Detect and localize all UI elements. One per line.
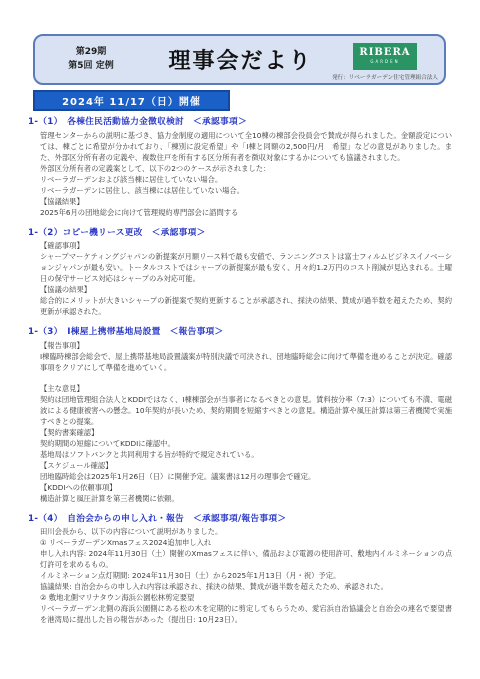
page-title: 理事会だより: [147, 44, 334, 75]
paragraph: 【確認事項】: [40, 240, 452, 251]
ribera-logo: RIBERA GARDEN: [353, 43, 417, 70]
paragraph: ① リベーラガーデンXmasフェス2024追加申し入れ: [40, 537, 452, 548]
paragraph: 田川会長から、以下の内容について説明がありました。: [40, 526, 452, 537]
section-heading: 1-（2）コピー機リース更改 ＜承認事項＞: [28, 226, 452, 238]
agenda-section: 1-（4） 自治会からの申し入れ・報告 ＜承認事項/報告事項＞田川会長から、以下…: [28, 512, 452, 626]
paragraph: リベーラガーデンおよび該当棟に居住していない場合。: [40, 174, 452, 185]
blank-line: [28, 373, 452, 383]
paragraph: 外部区分所有者の定義案として、以下の2つのケースが示されました：: [40, 163, 452, 174]
paragraph: 基地局はソフトバンクと共同利用する旨が特約で規定されている。: [40, 449, 452, 460]
paragraph: ② 敷地北側マリナタウン海浜公園松林剪定要望: [40, 592, 452, 603]
content: 1-（1） 各棟住民活動協力金徴収検討 ＜承認事項＞管理センターからの説明に基づ…: [28, 115, 452, 633]
publisher-line: 発行：リベーラガーデン住宅管理組合法人: [332, 73, 438, 81]
section-heading: 1-（1） 各棟住民活動協力金徴収検討 ＜承認事項＞: [28, 115, 452, 127]
paragraph: 団地臨時総会は2025年1月26日（日）に開催予定。議案書は12月の理事会で確定…: [40, 471, 452, 482]
paragraph: 総合的にメリットが大きいシャープの新提案で契約更新することが承認され、採決の結果…: [40, 295, 452, 317]
paragraph: シャープマーケティングジャパンの新提案が月額リース料で最も安値で、ランニングコス…: [40, 251, 452, 284]
paragraph: 2025年6月の団地総会に向けて管理規約専門部会に諮問する: [40, 207, 452, 218]
term-line1: 第29期: [35, 46, 147, 60]
term-block: 第29期 第5回 定例: [35, 46, 147, 73]
newsletter-header: 第29期 第5回 定例 理事会だより RIBERA GARDEN 発行：リベーラ…: [33, 34, 446, 85]
paragraph: 協議結果: 自治会からの申し入れ内容は承認され、採決の結果、賛成が過半数を超えた…: [40, 581, 452, 592]
paragraph: 【報告事項】: [40, 340, 452, 351]
logo-sub-text: GARDEN: [370, 60, 399, 64]
newsletter-page: 第29期 第5回 定例 理事会だより RIBERA GARDEN 発行：リベーラ…: [0, 0, 480, 679]
paragraph: 契約は団地管理組合法人とKDDIではなく、I棟棟部会が当事者になるべきとの意見。…: [40, 394, 452, 427]
paragraph: 申し入れ内容: 2024年11月30日（土）開催のXmasフェスに伴い、備品およ…: [40, 548, 452, 570]
agenda-section: 1-（1） 各棟住民活動協力金徴収検討 ＜承認事項＞管理センターからの説明に基づ…: [28, 115, 452, 218]
paragraph: 【協議の結果】: [40, 284, 452, 295]
paragraph: 契約期間の短縮についてKDDIに確認中。: [40, 438, 452, 449]
paragraph: リベーラガーデンに居住し、該当棟には居住していない場合。: [40, 185, 452, 196]
paragraph: 【契約書案確認】: [40, 427, 452, 438]
paragraph: 構造計算と風圧計算を第三者機関に依頼。: [40, 493, 452, 504]
term-line2: 第5回 定例: [35, 60, 147, 74]
paragraph: イルミネーション点灯期間: 2024年11月30日（土）から2025年1月13日…: [40, 570, 452, 581]
logo-brand-text: RIBERA: [359, 48, 410, 58]
paragraph: 【協議結果】: [40, 196, 452, 207]
paragraph: 【主な意見】: [40, 383, 452, 394]
paragraph: リベーラガーデン北側の海浜公園側にある松の木を定期的に剪定してもらうため、愛宕浜…: [40, 603, 452, 625]
agenda-section: 1-（3） I棟屋上携帯基地局設置 ＜報告事項＞【報告事項】I棟臨時棟部会総会で…: [28, 325, 452, 504]
paragraph: 管理センターからの説明に基づき、協力金制度の適用について全10棟の棟部会役員会で…: [40, 130, 452, 163]
agenda-section: 1-（2）コピー機リース更改 ＜承認事項＞【確認事項】シャープマーケティングジャ…: [28, 226, 452, 318]
paragraph: 【スケジュール確認】: [40, 460, 452, 471]
meeting-date-banner: 2024年 11/17（日）開催: [33, 90, 230, 111]
logo-area: RIBERA GARDEN 発行：リベーラガーデン住宅管理組合法人: [334, 39, 436, 81]
paragraph: 【KDDIへの依頼事項】: [40, 482, 452, 493]
paragraph: I棟臨時棟部会総会で、屋上携帯基地局設置議案が特別決議で可決され、団地臨時総会に…: [40, 351, 452, 373]
section-heading: 1-（4） 自治会からの申し入れ・報告 ＜承認事項/報告事項＞: [28, 512, 452, 524]
section-heading: 1-（3） I棟屋上携帯基地局設置 ＜報告事項＞: [28, 325, 452, 337]
